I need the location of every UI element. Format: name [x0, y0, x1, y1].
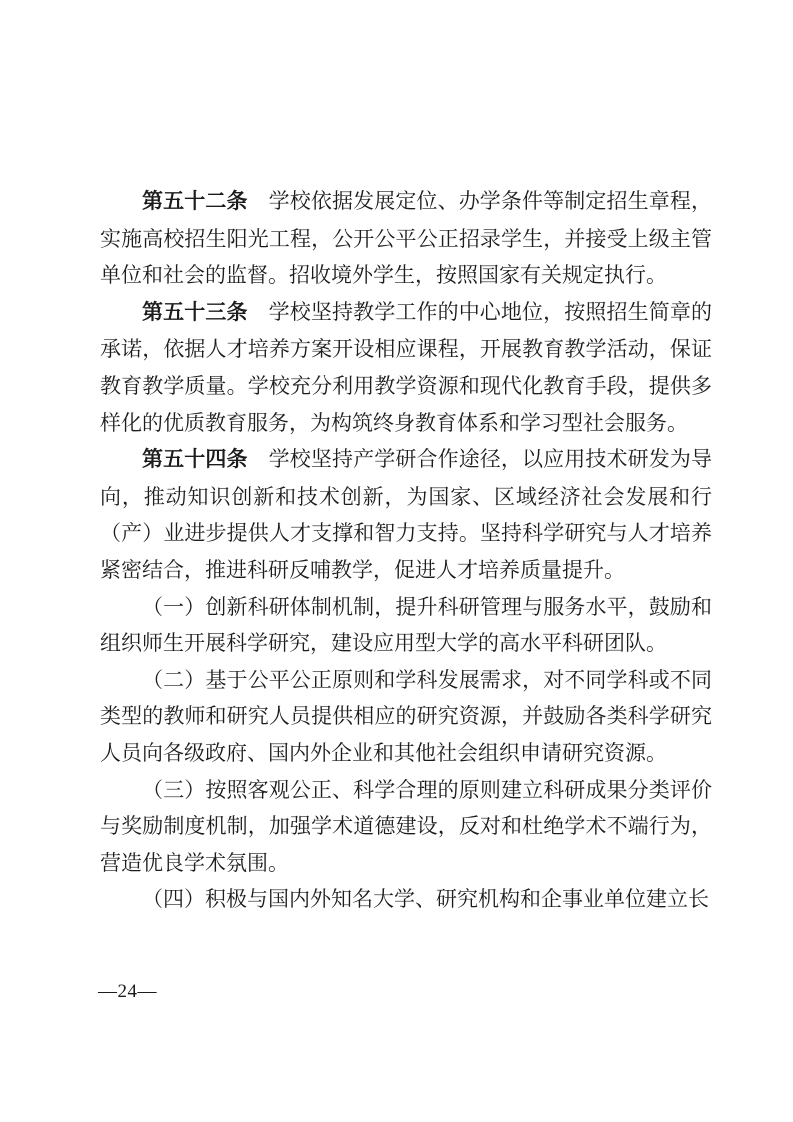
- article-53-paragraph: 第五十三条学校坚持教学工作的中心地位，按照招生简章的承诺，依据人才培养方案开设相…: [100, 294, 712, 441]
- article-54-clause-4: （四）积极与国内外知名大学、研究机构和企事业单位建立长: [100, 881, 712, 918]
- article-53-term: 第五十三条: [142, 301, 269, 324]
- page-number: —24—: [98, 981, 157, 1002]
- article-54-paragraph: 第五十四条学校坚持产学研合作途径，以应用技术研发为导向，推动知识创新和技术创新，…: [100, 441, 712, 588]
- document-page: 第五十二条学校依据发展定位、办学条件等制定招生章程，实施高校招生阳光工程，公开公…: [0, 0, 793, 1122]
- article-52-paragraph: 第五十二条学校依据发展定位、办学条件等制定招生章程，实施高校招生阳光工程，公开公…: [100, 183, 712, 294]
- page-footer: —24—: [98, 980, 157, 1004]
- document-body: 第五十二条学校依据发展定位、办学条件等制定招生章程，实施高校招生阳光工程，公开公…: [100, 183, 712, 918]
- article-54-clause-2: （二）基于公平公正原则和学科发展需求，对不同学科或不同类型的教师和研究人员提供相…: [100, 662, 712, 772]
- article-54-clause-1: （一）创新科研体制机制，提升科研管理与服务水平，鼓励和组织师生开展科学研究，建设…: [100, 589, 712, 662]
- article-52-term: 第五十二条: [142, 190, 269, 213]
- article-54-term: 第五十四条: [142, 448, 269, 471]
- article-54-clause-3: （三）按照客观公正、科学合理的原则建立科研成果分类评价与奖励制度机制，加强学术道…: [100, 772, 712, 882]
